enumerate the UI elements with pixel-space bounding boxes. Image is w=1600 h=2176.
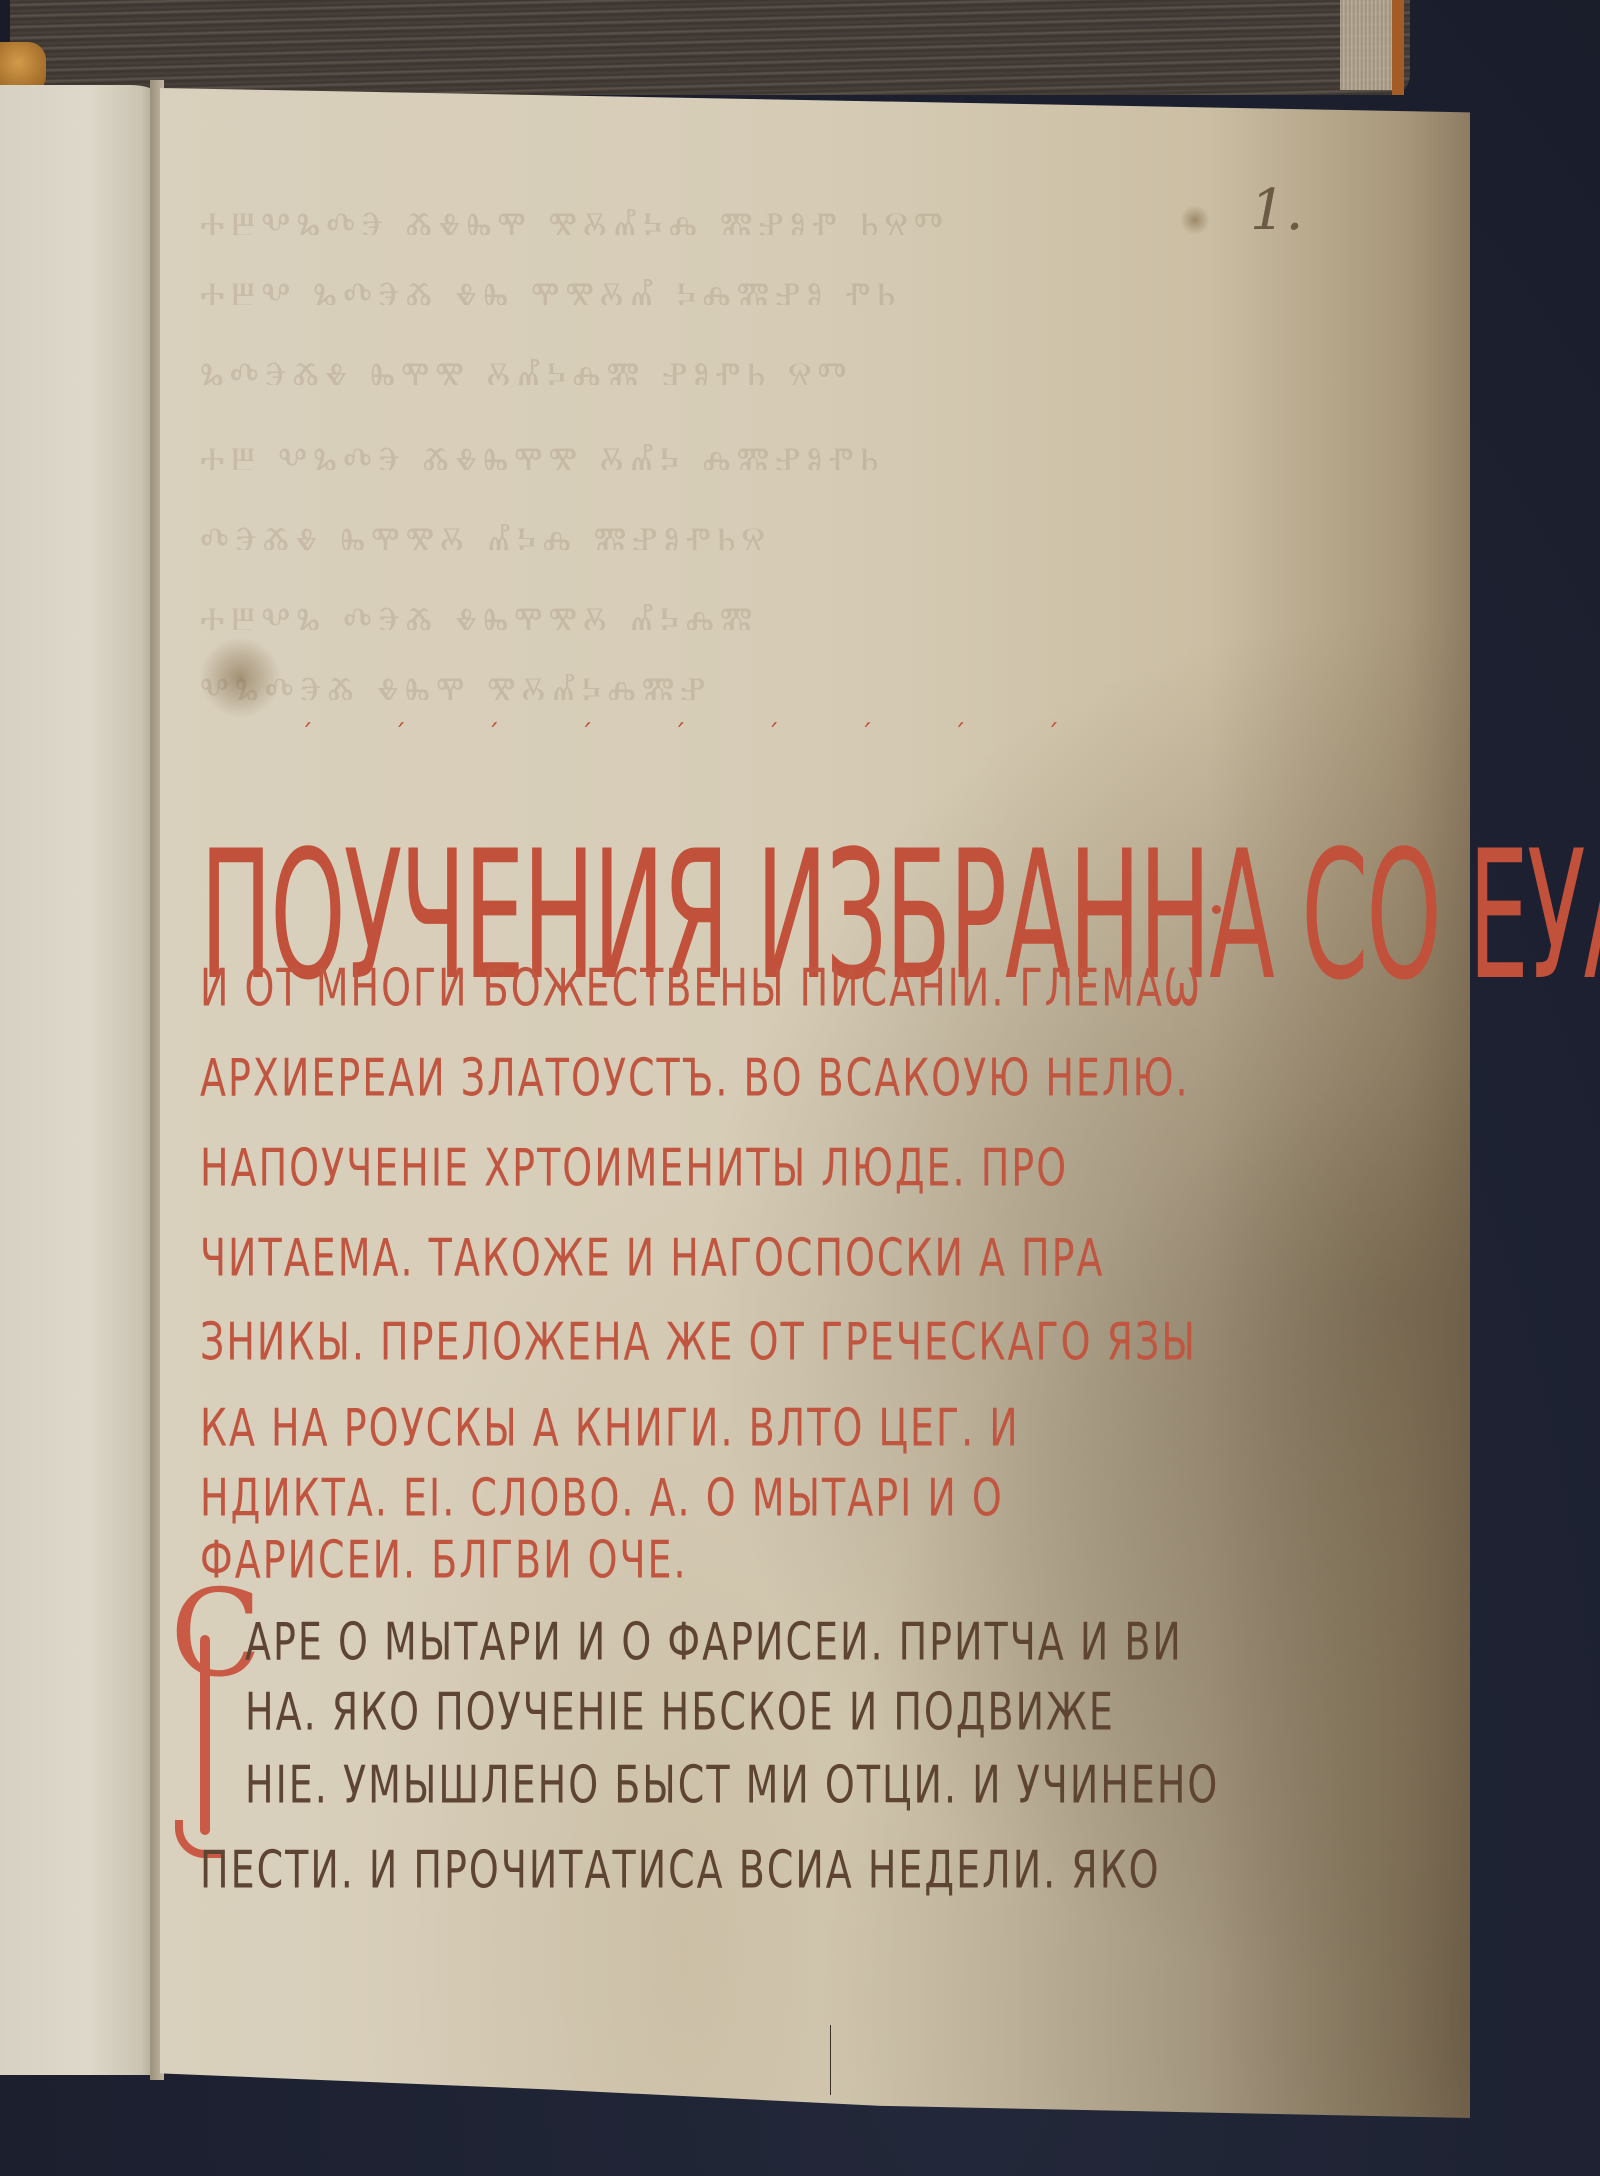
initial-stem xyxy=(200,1635,210,1835)
rubric-line: КА НА РОУСКЫ А КНИГИ. ВЛТО ЦЕГ. И xyxy=(200,1398,1020,1457)
headline-titlo-marks: ˊ ˊ ˊ ˊ ˊ ˊ ˊ ˊ ˊ xyxy=(300,720,1240,750)
body-line: ПЕСТИ. И ПРОЧИТАТИСА ВСИА НЕДЕЛИ. ЯКО xyxy=(200,1840,1161,1899)
ruling-line xyxy=(830,2025,831,2095)
bleed-through-text: ⰀⰁⰂⰃ ⰄⰅⰆ ⰇⰈⰉⰊⰋ ⰌⰍⰎⰏ xyxy=(200,600,1200,630)
headline-vyaz: ПОУЧЕНИЯ ИЗБРАННА СО ЕУАЛИА xyxy=(200,755,1220,1079)
bleed-through-text: ⰀⰁⰂ ⰃⰄⰅⰆ ⰇⰈ ⰉⰊⰋⰌ ⰍⰎⰏⰐⰑ ⰒⰓ xyxy=(200,275,1200,305)
binding-board xyxy=(1392,0,1404,95)
page-edges xyxy=(1340,0,1400,90)
headline-punctus xyxy=(1212,905,1221,914)
rubric-line: НДИКТА. ЕІ. СЛОВО. А. О МЫТАРІ И О xyxy=(200,1468,1004,1527)
left-page xyxy=(0,85,160,2075)
bleed-through-text: ⰀⰁ ⰂⰃⰄⰅ ⰆⰇⰈⰉⰊ ⰋⰌⰍ ⰎⰏⰐⰑⰒⰓ xyxy=(200,440,1200,470)
body-line: НІЕ. УМЫШЛЕНО БЫСТ МИ ОТЦИ. И УЧИНЕНО xyxy=(245,1755,1219,1814)
rubric-line: И ОТ МНОГИ БОЖЕСТВЕНЫ ПИСАНІИ. ГЛЕМАѠ xyxy=(200,958,1202,1017)
rubric-line: НАПОУЧЕНІЕ ХРТОИМЕНИТЫ ЛЮДЕ. ПРО xyxy=(200,1138,1068,1197)
illuminated-initial: С xyxy=(170,1575,240,1865)
body-line: НА. ЯКО ПОУЧЕНІЕ НБСКОЕ И ПОДВИЖЕ xyxy=(245,1682,1115,1741)
text-block-edge xyxy=(10,0,1410,95)
folio-number: 1. xyxy=(1250,178,1303,243)
bleed-through-text: ⰄⰅⰆⰇ ⰈⰉⰊⰋ ⰌⰍⰎ ⰏⰐⰑⰒⰓⰔ xyxy=(200,520,1200,550)
body-line: АРЕ О МЫТАРИ И О ФАРИСЕИ. ПРИТЧА И ВИ xyxy=(245,1612,1183,1671)
bleed-through-text: ⰀⰁⰂⰃⰄⰅ ⰆⰇⰈⰉ ⰊⰋⰌⰍⰎ ⰏⰐⰑⰒ ⰓⰔⰕ xyxy=(200,205,1200,235)
bleed-through-text: ⰃⰄⰅⰆⰇ ⰈⰉⰊ ⰋⰌⰍⰎⰏ ⰐⰑⰒⰓ ⰔⰕ xyxy=(200,355,1200,385)
rubric-line: АРХИЕРЕАИ ЗЛАТОУСТЪ. ВО ВСАКОУЮ НЕЛЮ. xyxy=(200,1048,1190,1107)
rubric-line: ФАРИСЕИ. БЛГВИ ОЧЕ. xyxy=(200,1530,688,1589)
bleed-through-text: ⰂⰃⰄⰅⰆ ⰇⰈⰉ ⰊⰋⰌⰍⰎⰏⰐ xyxy=(200,670,1200,700)
rubric-line: ЧИТАЕМА. ТАКОЖЕ И НАГОСПОСКИ А ПРА xyxy=(200,1228,1105,1287)
rubric-line: ЗНИКЫ. ПРЕЛОЖЕНА ЖЕ ОТ ГРЕЧЕСКАГО ЯЗЫ xyxy=(200,1312,1197,1371)
